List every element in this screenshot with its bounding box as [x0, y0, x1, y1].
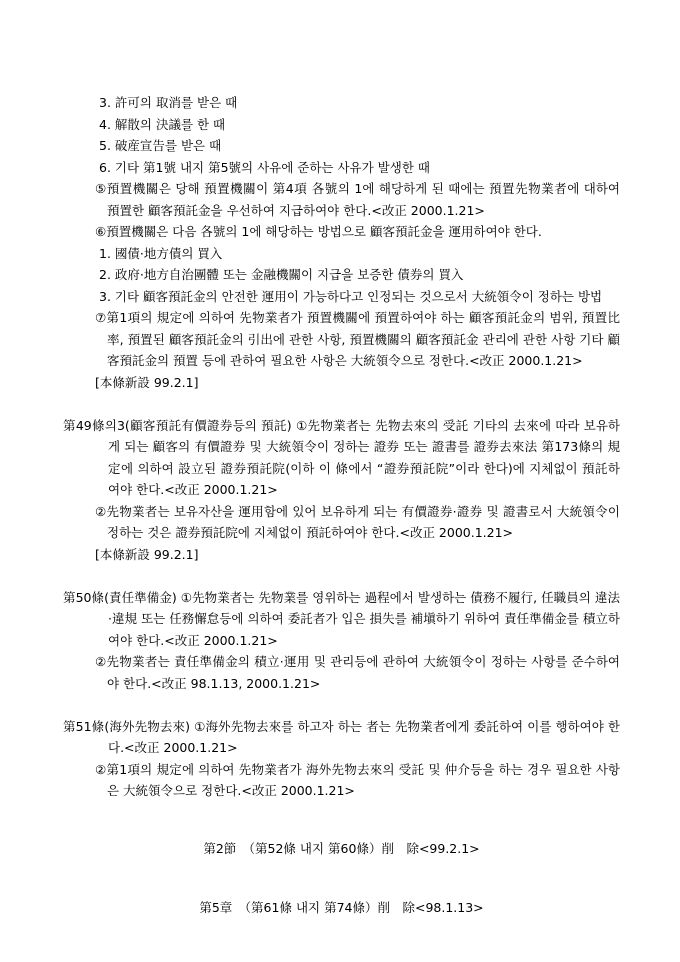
paragraph-6-depository: ⑥預置機關은 다음 各號의 1에 해당하는 방법으로 顧客預託金을 運用하여야 … — [95, 221, 620, 243]
article-49-3-paragraph-2: ②先物業者는 보유자산을 運用함에 있어 보유하게 되는 有價證券·證券 및 證… — [95, 501, 620, 544]
paragraph-7-decree: ⑦第1項의 規定에 의하여 先物業者가 預置機關에 預置하여야 하는 顧客預託金… — [95, 307, 620, 372]
section-2-deleted-heading: 第2節 （第52條 내지 第60條）削 除<99.2.1> — [63, 838, 620, 860]
paragraph-5-depository: ⑤預置機關은 당해 預置機關이 第4項 各號의 1에 해당하게 된 때에는 預置… — [95, 178, 620, 221]
article-50: 第50條(責任準備金) ①先物業者는 先物業를 영위하는 過程에서 발생하는 債… — [63, 587, 620, 652]
article-51: 第51條(海外先物去來) ①海外先物去來를 하고자 하는 者는 先物業者에게 委… — [63, 716, 620, 759]
list-item-3: 3. 許可의 取消를 받은 때 — [99, 92, 620, 114]
subitem-3-other-methods: 3. 기타 顧客預託金의 안전한 運用이 가능하다고 인정되는 것으로서 大統領… — [99, 286, 620, 308]
subitem-1-bonds: 1. 國債·地方債의 買入 — [99, 243, 620, 265]
article-49-3: 第49條의3(顧客預託有價證券등의 預託) ①先物業者는 先物去來의 受託 기타… — [63, 415, 620, 501]
article-50-paragraph-2: ②先物業者는 責任準備金의 積立·運用 및 관리등에 관하여 大統領令이 정하는… — [95, 651, 620, 694]
list-item-4: 4. 解散의 決議를 한 때 — [99, 114, 620, 136]
list-item-5: 5. 破産宣告를 받은 때 — [99, 135, 620, 157]
note-new-article-99: [本條新設 99.2.1] — [95, 372, 620, 394]
list-item-6: 6. 기타 第1號 내지 第5號의 사유에 준하는 사유가 발생한 때 — [99, 157, 620, 179]
article-51-paragraph-2: ②第1項의 規定에 의하여 先物業者가 海外先物去來의 受託 및 仲介등을 하는… — [95, 759, 620, 802]
subitem-2-guaranteed: 2. 政府·地方自治團體 또는 金融機關이 지급을 보증한 債券의 買入 — [99, 264, 620, 286]
chapter-5-deleted-heading: 第5章 （第61條 내지 第74條）削 除<98.1.13> — [63, 897, 620, 919]
note-new-article-99-2: [本條新設 99.2.1] — [95, 544, 620, 566]
document-page: 3. 許可의 取消를 받은 때 4. 解散의 決議를 한 때 5. 破産宣告를 … — [0, 0, 680, 962]
